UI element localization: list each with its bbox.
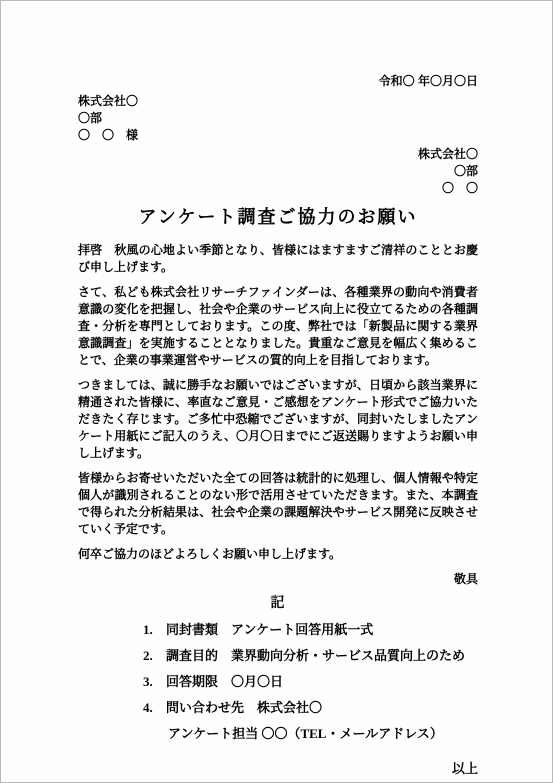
sender-block: 株式会社〇 〇部 〇 〇	[78, 146, 478, 197]
record-list: 1. 同封書類 アンケート回答用紙一式 2. 調査目的 業界動向分析・サービス品…	[78, 621, 478, 716]
record-item-number: 2.	[143, 647, 166, 664]
record-item-enclosure: 1. 同封書類 アンケート回答用紙一式	[143, 621, 478, 638]
end-mark: 以上	[78, 758, 478, 777]
record-contact-person: アンケート担当 〇〇（TEL・メールアドレス）	[78, 725, 478, 742]
record-item-label: 同封書類	[166, 621, 218, 638]
record-item-contact-company: 4. 問い合わせ先 株式会社〇	[143, 699, 478, 716]
record-item-label: 問い合わせ先	[166, 699, 244, 716]
closing-word: 敬具	[78, 571, 478, 588]
paragraph-closing-request: 何卒ご協力のほどよろしくお願い申し上げます。	[78, 546, 478, 563]
record-item-value: アンケート回答用紙一式	[231, 621, 373, 638]
recipient-company: 株式会社〇	[78, 93, 478, 110]
paragraph-greeting: 拝啓 秋風の心地よい季節となり、皆様にはますますご清祥のこととお慶び申し上げます…	[78, 242, 478, 276]
record-item-number: 3.	[143, 673, 166, 690]
sender-department: 〇部	[78, 163, 478, 180]
sender-company: 株式会社〇	[78, 146, 478, 163]
record-item-value: 業界動向分析・サービス品質向上のため	[231, 647, 465, 664]
paragraph-request: つきましては、誠に勝手なお願いではございますが、日頃から該当業界に精通された皆様…	[78, 377, 478, 462]
record-item-number: 4.	[143, 699, 166, 716]
paragraph-privacy: 皆様からお寄せいただいた全ての回答は統計的に処理し、個人情報や特定個人が識別され…	[78, 470, 478, 538]
document-title: アンケート調査ご協力のお願い	[78, 205, 478, 229]
record-item-number: 1.	[143, 621, 166, 638]
paragraph-introduction: さて、私ども株式会社リサーチファインダーは、各種業界の動向や消費者意識の変化を把…	[78, 284, 478, 369]
record-heading: 記	[78, 595, 478, 613]
record-item-purpose: 2. 調査目的 業界動向分析・サービス品質向上のため	[143, 647, 478, 664]
recipient-person: 〇 〇 様	[78, 127, 478, 144]
record-item-label: 調査目的	[166, 647, 218, 664]
sender-person: 〇 〇	[78, 180, 478, 197]
record-item-value: 〇月〇日	[231, 673, 283, 690]
record-item-value: 株式会社〇	[257, 699, 322, 716]
document-date: 令和〇 年〇月〇日	[78, 73, 478, 90]
letter-page: 令和〇 年〇月〇日 株式会社〇 〇部 〇 〇 様 株式会社〇 〇部 〇 〇 アン…	[0, 0, 553, 783]
recipient-block: 株式会社〇 〇部 〇 〇 様	[78, 93, 478, 144]
record-item-label: 回答期限	[166, 673, 218, 690]
record-item-deadline: 3. 回答期限 〇月〇日	[143, 673, 478, 690]
recipient-department: 〇部	[78, 110, 478, 127]
